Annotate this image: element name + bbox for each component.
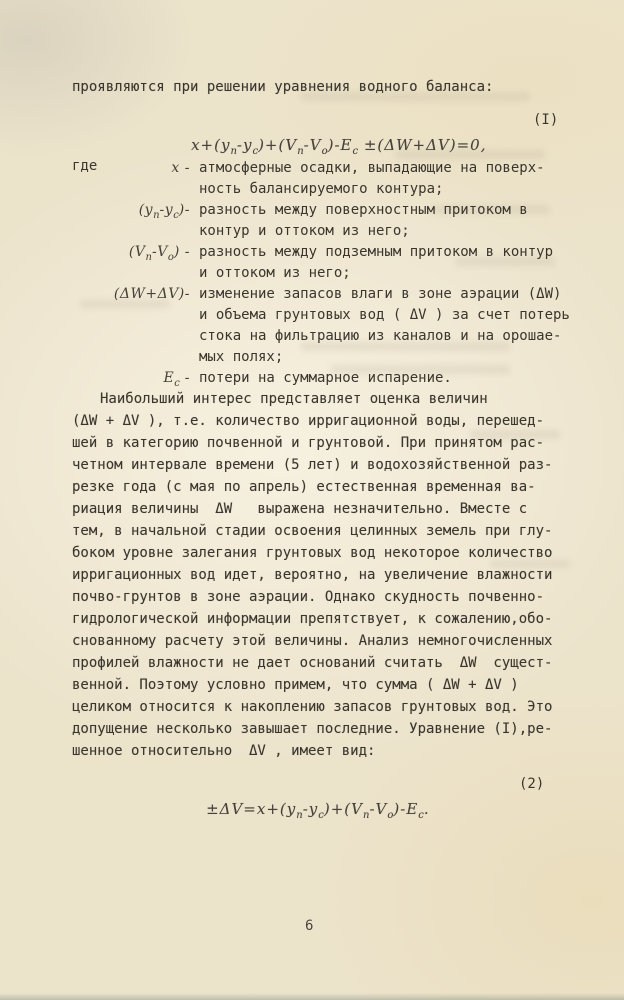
- paragraph-line: Наибольший интерес представляет оценка в…: [72, 388, 552, 410]
- paragraph-line: боком уровне залегания грунтовых вод нек…: [72, 542, 552, 564]
- definition-row: Eс - потери на суммарное испарение.: [98, 368, 570, 389]
- definition-line: разность между подземным притоком в конт…: [199, 242, 553, 263]
- term-symbol: (Vп-Vо) -: [98, 242, 190, 263]
- equation-2-number: (2): [519, 776, 544, 792]
- definition-line: ность балансируемого контура;: [199, 179, 545, 200]
- term-symbol: Eс -: [98, 368, 190, 389]
- equation-2: ±ΔV=x+(yп-yс)+(Vп-Vо)-Eс.: [183, 776, 430, 842]
- paragraph-line: тем, в начальной стадии освоения целинны…: [72, 520, 552, 542]
- definition-text: потери на суммарное испарение.: [190, 368, 452, 389]
- paragraph-line: резке года (с мая по апрель) естественна…: [72, 476, 552, 498]
- definition-line: атмосферные осадки, выпадающие на поверх…: [199, 158, 545, 179]
- definition-line: разность между поверхностным притоком в: [199, 200, 528, 221]
- definition-row: (yп-yс)- разность между поверхностным пр…: [98, 200, 570, 242]
- paragraph-line: риация величины ΔW выражена незначительн…: [72, 498, 552, 520]
- paragraph-line: шей в категорию почвенной и грунтовой. П…: [72, 432, 552, 454]
- definition-text: разность между поверхностным притоком в …: [190, 200, 528, 242]
- paragraph-line: (ΔW + ΔV ), т.е. количество ирригационно…: [72, 410, 552, 432]
- paragraph-line: ирригационных вод идет, вероятно, на уве…: [72, 564, 552, 586]
- term-symbol: (yп-yс)-: [98, 200, 190, 221]
- variable-y-inflow: y: [287, 800, 296, 818]
- where-word: где: [72, 158, 97, 174]
- term-symbol: (ΔW+ΔV)-: [98, 284, 190, 305]
- equation-2-part: )-: [393, 800, 406, 818]
- definition-line: мых полях;: [199, 347, 570, 368]
- term-symbol: х -: [98, 158, 190, 179]
- equation-1-part: ±(ΔW+ΔV)=0,: [358, 136, 486, 154]
- definition-line: изменение запасов влаги в зоне аэрации (…: [199, 284, 570, 305]
- definition-row: х - атмосферные осадки, выпадающие на по…: [98, 158, 570, 200]
- equation-1-number: (I): [533, 112, 558, 128]
- variable-v-inflow: V: [285, 136, 297, 154]
- variable-evaporation: E: [406, 800, 418, 818]
- paragraph-line: четном интервале времени (5 лет) и водох…: [72, 454, 552, 476]
- variable-y-outflow: y: [309, 800, 318, 818]
- intro-line: проявляются при решении уравнения водног…: [72, 76, 493, 98]
- definition-text: изменение запасов влаги в зоне аэрации (…: [190, 284, 570, 368]
- main-paragraph: Наибольший интерес представляет оценка в…: [72, 388, 552, 762]
- variable-v-outflow: V: [376, 800, 388, 818]
- definition-text: атмосферные осадки, выпадающие на поверх…: [190, 158, 545, 200]
- scanned-document-page: проявляются при решении уравнения водног…: [0, 0, 624, 1000]
- page-number: 6: [305, 918, 313, 934]
- definition-line: и оттоком из него;: [199, 263, 553, 284]
- definition-line: стока на фильтрацию из каналов и на орош…: [199, 326, 570, 347]
- definitions-block: где х - атмосферные осадки, выпадающие н…: [72, 158, 570, 389]
- paragraph-line: снованному расчету этой величины. Анализ…: [72, 630, 552, 652]
- definition-line: контур и оттоком из него;: [199, 221, 528, 242]
- equation-1-part: )+(: [258, 136, 285, 154]
- equation-2-part: .: [424, 800, 430, 818]
- definition-line: и объема грунтовых вод ( ΔV ) за счет по…: [199, 305, 570, 326]
- variable-evaporation: E: [341, 136, 353, 154]
- equation-1-part: x+(: [191, 136, 221, 154]
- definition-line: потери на суммарное испарение.: [199, 368, 452, 389]
- paragraph-line: профилей влажности не дает оснований счи…: [72, 652, 552, 674]
- equation-2-part: )+(: [324, 800, 351, 818]
- paragraph-line: почво-грунтов в зоне аэрации. Однако ску…: [72, 586, 552, 608]
- definition-row: (ΔW+ΔV)- изменение запасов влаги в зоне …: [98, 284, 570, 368]
- definition-row: (Vп-Vо) - разность между подземным прито…: [98, 242, 570, 284]
- paragraph-line: венной. Поэтому условно примем, что сумм…: [72, 674, 552, 696]
- definition-text: разность между подземным притоком в конт…: [190, 242, 553, 284]
- variable-v-inflow: V: [351, 800, 363, 818]
- equation-2-part: ±ΔV=x+(: [206, 800, 287, 818]
- paragraph-line: допущение несколько завышает последние. …: [72, 718, 552, 740]
- paragraph-line: целиком относится к накоплению запасов г…: [72, 696, 552, 718]
- paragraph-line: шенное относительно ΔV , имеет вид:: [72, 740, 552, 762]
- equation-1-part: )-: [328, 136, 341, 154]
- variable-v-outflow: V: [310, 136, 322, 154]
- paragraph-line: гидрологической информации препятствует,…: [72, 608, 552, 630]
